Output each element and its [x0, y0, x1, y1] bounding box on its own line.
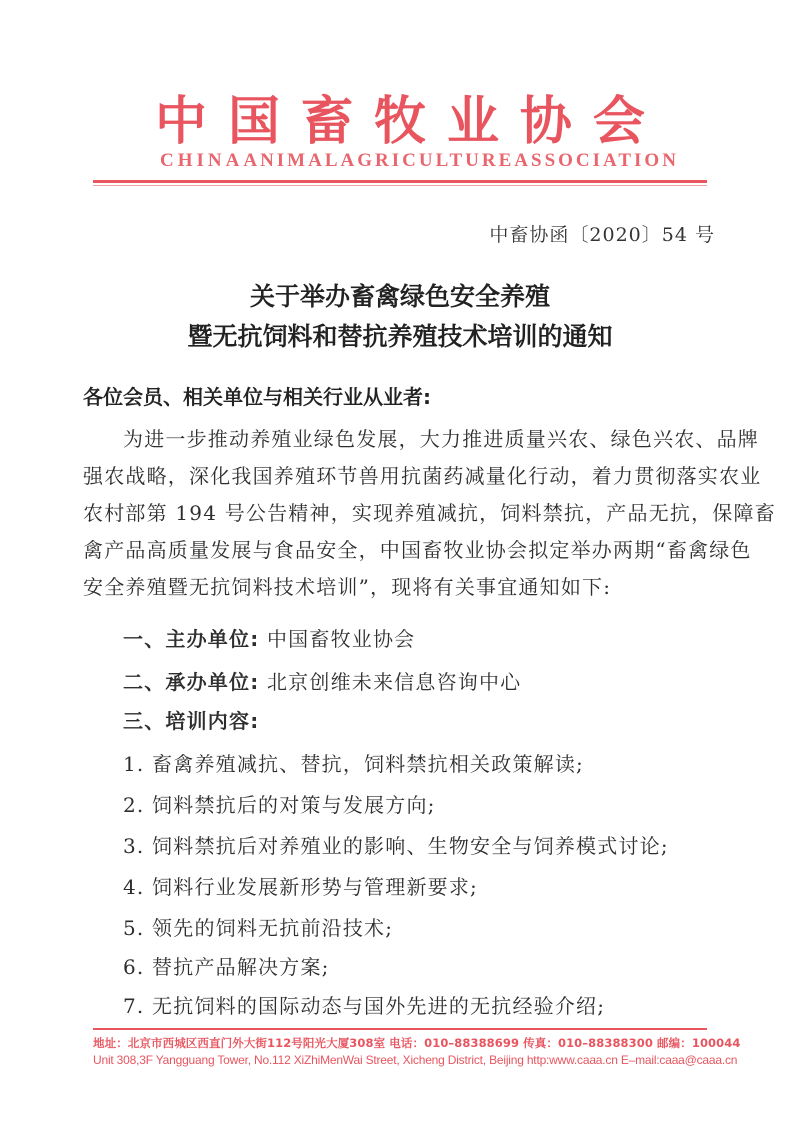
paragraph-line: 强农战略，深化我国养殖环节兽用抗菌药减量化行动，着力贯彻落实农业 — [83, 461, 761, 491]
org-name-cn: 中 国 畜 牧 业 协 会 — [155, 92, 645, 152]
document-number: 中畜协函〔2020〕54 号 — [489, 222, 715, 248]
section-organizer: 一、主办单位: 中国畜牧业协会 — [123, 624, 415, 654]
footer-divider — [93, 1028, 707, 1030]
document-title-line-1: 关于举办畜禽绿色安全养殖 — [0, 280, 800, 314]
training-item: 6. 替抗产品解决方案; — [123, 952, 330, 982]
org-name-char: 协 — [520, 92, 572, 152]
org-name-char: 会 — [593, 92, 645, 152]
org-name-en: CHINA ANIMAL AGRICULTURE ASSOCIATION — [160, 150, 635, 172]
section-label: 三、培训内容: — [123, 709, 259, 733]
paragraph-line: 农村部第 194 号公告精神，实现养殖减抗，饲料禁抗，产品无抗，保障畜 — [83, 498, 776, 528]
paragraph-line: 禽产品高质量发展与食品安全，中国畜牧业协会拟定举办两期“畜禽绿色 — [83, 535, 752, 565]
salutation: 各位会员、相关单位与相关行业从业者: — [83, 382, 431, 412]
training-item: 2. 饲料禁抗后的对策与发展方向; — [123, 790, 436, 820]
paragraph-line: 安全养殖暨无抗饲料技术培训”，现将有关事宜通知如下: — [83, 572, 611, 602]
org-name-char: 业 — [447, 92, 499, 152]
section-co-organizer: 二、承办单位: 北京创维未来信息咨询中心 — [123, 667, 521, 697]
training-item: 7. 无抗饲料的国际动态与国外先进的无抗经验介绍; — [123, 991, 605, 1021]
org-name-char: 中 — [155, 92, 207, 152]
section-value: 中国畜牧业协会 — [267, 627, 415, 651]
section-label: 一、主办单位: — [123, 627, 259, 651]
footer-address-cn: 地址：北京市西城区西直门外大街112号阳光大厦308室 电话：010–88388… — [93, 1035, 740, 1051]
header-divider — [93, 180, 707, 183]
org-name-char: 畜 — [301, 92, 353, 152]
training-item: 4. 饲料行业发展新形势与管理新要求; — [123, 872, 478, 902]
document-title-line-2: 暨无抗饲料和替抗养殖技术培训的通知 — [0, 320, 800, 354]
header-divider-thin — [93, 185, 707, 186]
training-item: 5. 领先的饲料无抗前沿技术; — [123, 913, 393, 943]
org-name-char: 牧 — [374, 92, 426, 152]
org-name-en-word: ASSOCIATION — [514, 150, 679, 172]
training-item: 1. 畜禽养殖减抗、替抗，饲料禁抗相关政策解读; — [123, 749, 584, 779]
org-name-en-word: CHINA — [160, 150, 243, 172]
section-training-content: 三、培训内容: — [123, 706, 259, 736]
org-name-en-word: ANIMAL — [243, 150, 340, 172]
training-item: 3. 饲料禁抗后对养殖业的影响、生物安全与饲养模式讨论; — [123, 831, 669, 861]
footer-address-en: Unit 308,3F Yangguang Tower, No.112 XiZh… — [93, 1052, 737, 1068]
paragraph-line: 为进一步推动养殖业绿色发展，大力推进质量兴农、绿色兴农、品牌 — [123, 424, 759, 454]
section-label: 二、承办单位: — [123, 670, 259, 694]
org-name-char: 国 — [228, 92, 280, 152]
section-value: 北京创维未来信息咨询中心 — [267, 670, 521, 694]
org-name-en-word: AGRICULTURE — [341, 150, 515, 172]
